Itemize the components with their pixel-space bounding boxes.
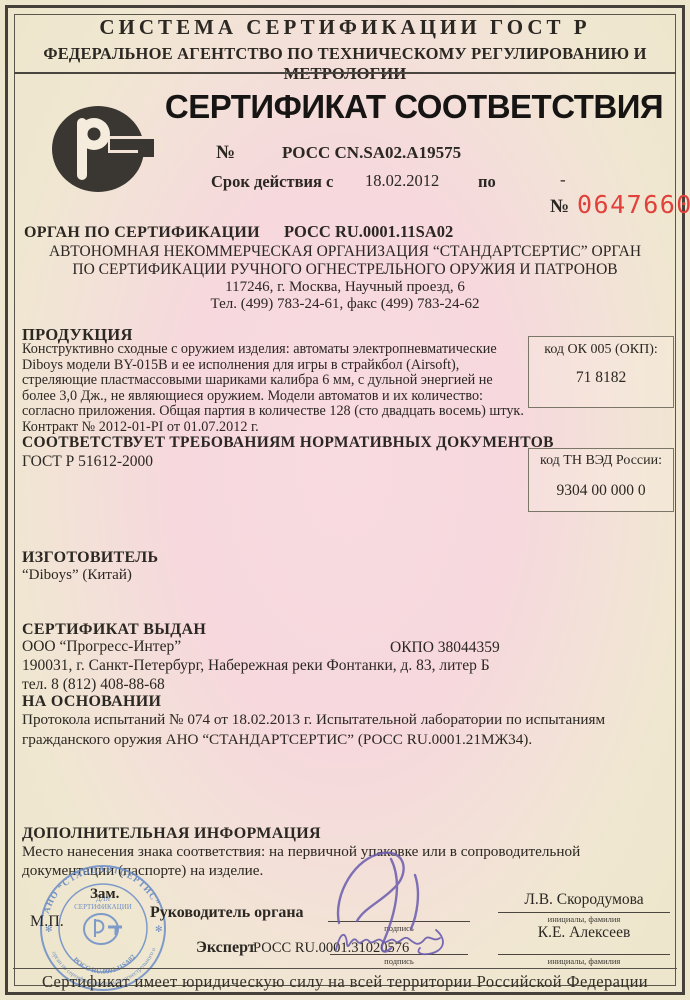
org-name-line1: АВТОНОМНАЯ НЕКОММЕРЧЕСКАЯ ОРГАНИЗАЦИЯ “С… [20,243,670,261]
expert-name-caption: инициалы, фамилия [498,956,670,966]
valid-to-value: - [560,170,566,190]
manufacturer-name: “Diboys” (Китай) [22,567,132,584]
org-name-line2: ПО СЕРТИФИКАЦИИ РУЧНОГО ОГНЕСТРЕЛЬНОГО О… [20,261,670,279]
stamp-star-right: ✻ [155,924,163,934]
footer-legal-text: Сертификат имеет юридическую силу на все… [20,972,670,992]
head-name: Л.В. Скородумова [498,891,670,909]
expert-name: К.Е. Алексеев [498,924,670,942]
deputy-prefix: Зам. [90,886,119,903]
product-description: Конструктивно сходные с оружием изделия:… [22,342,524,436]
blank-no-label: № [550,196,569,218]
footer-separator [13,968,677,969]
expert-label: Эксперт [196,939,256,957]
basis-text: Протокола испытаний № 074 от 18.02.2013 … [22,710,670,749]
tnved-label: код ТН ВЭД России: [529,453,673,469]
certificate-title: СЕРТИФИКАТ СООТВЕТСТВИЯ [158,88,670,126]
cert-no-label: № [216,142,235,164]
certificate-page: СИСТЕМА СЕРТИФИКАЦИИ ГОСТ Р ФЕДЕРАЛЬНОЕ … [0,0,690,1000]
okp-code-box: код ОК 005 (ОКП): 71 8182 [528,336,674,408]
blank-number: 0647660 [577,190,690,219]
stamp-inner-label2: СЕРТИФИКАЦИИ [74,903,132,911]
basis-heading: НА ОСНОВАНИИ [22,693,161,711]
header-separator [14,72,676,74]
issued-to-address: 190031, г. Санкт-Петербург, Набережная р… [22,657,490,675]
tnved-code: 9304 00 000 0 [529,482,673,500]
compliance-standard: ГОСТ Р 51612-2000 [22,453,153,471]
head-name-line [498,912,670,913]
head-of-body-label: Руководитель органа [150,904,304,922]
issued-to-company: ООО “Прогресс-Интер” [22,638,181,656]
expert-ink-signature [332,922,472,958]
stamp-rst-mark-icon [84,914,122,944]
header-system-line: СИСТЕМА СЕРТИФИКАЦИИ ГОСТ Р [20,15,670,40]
rst-logo-icon [46,96,164,202]
validity-label: Срок действия с [211,172,333,192]
okp-label: код ОК 005 (ОКП): [529,342,673,358]
issued-to-heading: СЕРТИФИКАТ ВЫДАН [22,621,206,639]
org-code: РОСС RU.0001.11SA02 [284,222,453,242]
head-name-caption: инициалы, фамилия [498,914,670,924]
issued-to-phone: тел. 8 (812) 408-88-68 [22,676,165,694]
cert-number: РОСС CN.SA02.A19575 [282,143,461,163]
tnved-code-box: код ТН ВЭД России: 9304 00 000 0 [528,448,674,512]
valid-to-label: по [478,172,496,192]
header-agency-line: ФЕДЕРАЛЬНОЕ АГЕНТСТВО ПО ТЕХНИЧЕСКОМУ РЕ… [16,44,674,84]
additional-heading: ДОПОЛНИТЕЛЬНАЯ ИНФОРМАЦИЯ [22,825,321,843]
org-heading: ОРГАН ПО СЕРТИФИКАЦИИ [24,224,260,242]
issued-to-okpo: ОКПО 38044359 [390,639,500,657]
okp-code: 71 8182 [529,369,673,387]
compliance-heading: СООТВЕТСТВУЕТ ТРЕБОВАНИЯМ НОРМАТИВНЫХ ДО… [22,434,554,452]
manufacturer-heading: ИЗГОТОВИТЕЛЬ [22,549,158,567]
stamp-place-label: М.П. [30,913,64,931]
org-address: 117246, г. Москва, Научный проезд, 6 [20,279,670,296]
valid-from-date: 18.02.2012 [365,171,439,191]
expert-name-line [498,954,670,955]
org-phone: Тел. (499) 783-24-61, факс (499) 783-24-… [20,296,670,313]
